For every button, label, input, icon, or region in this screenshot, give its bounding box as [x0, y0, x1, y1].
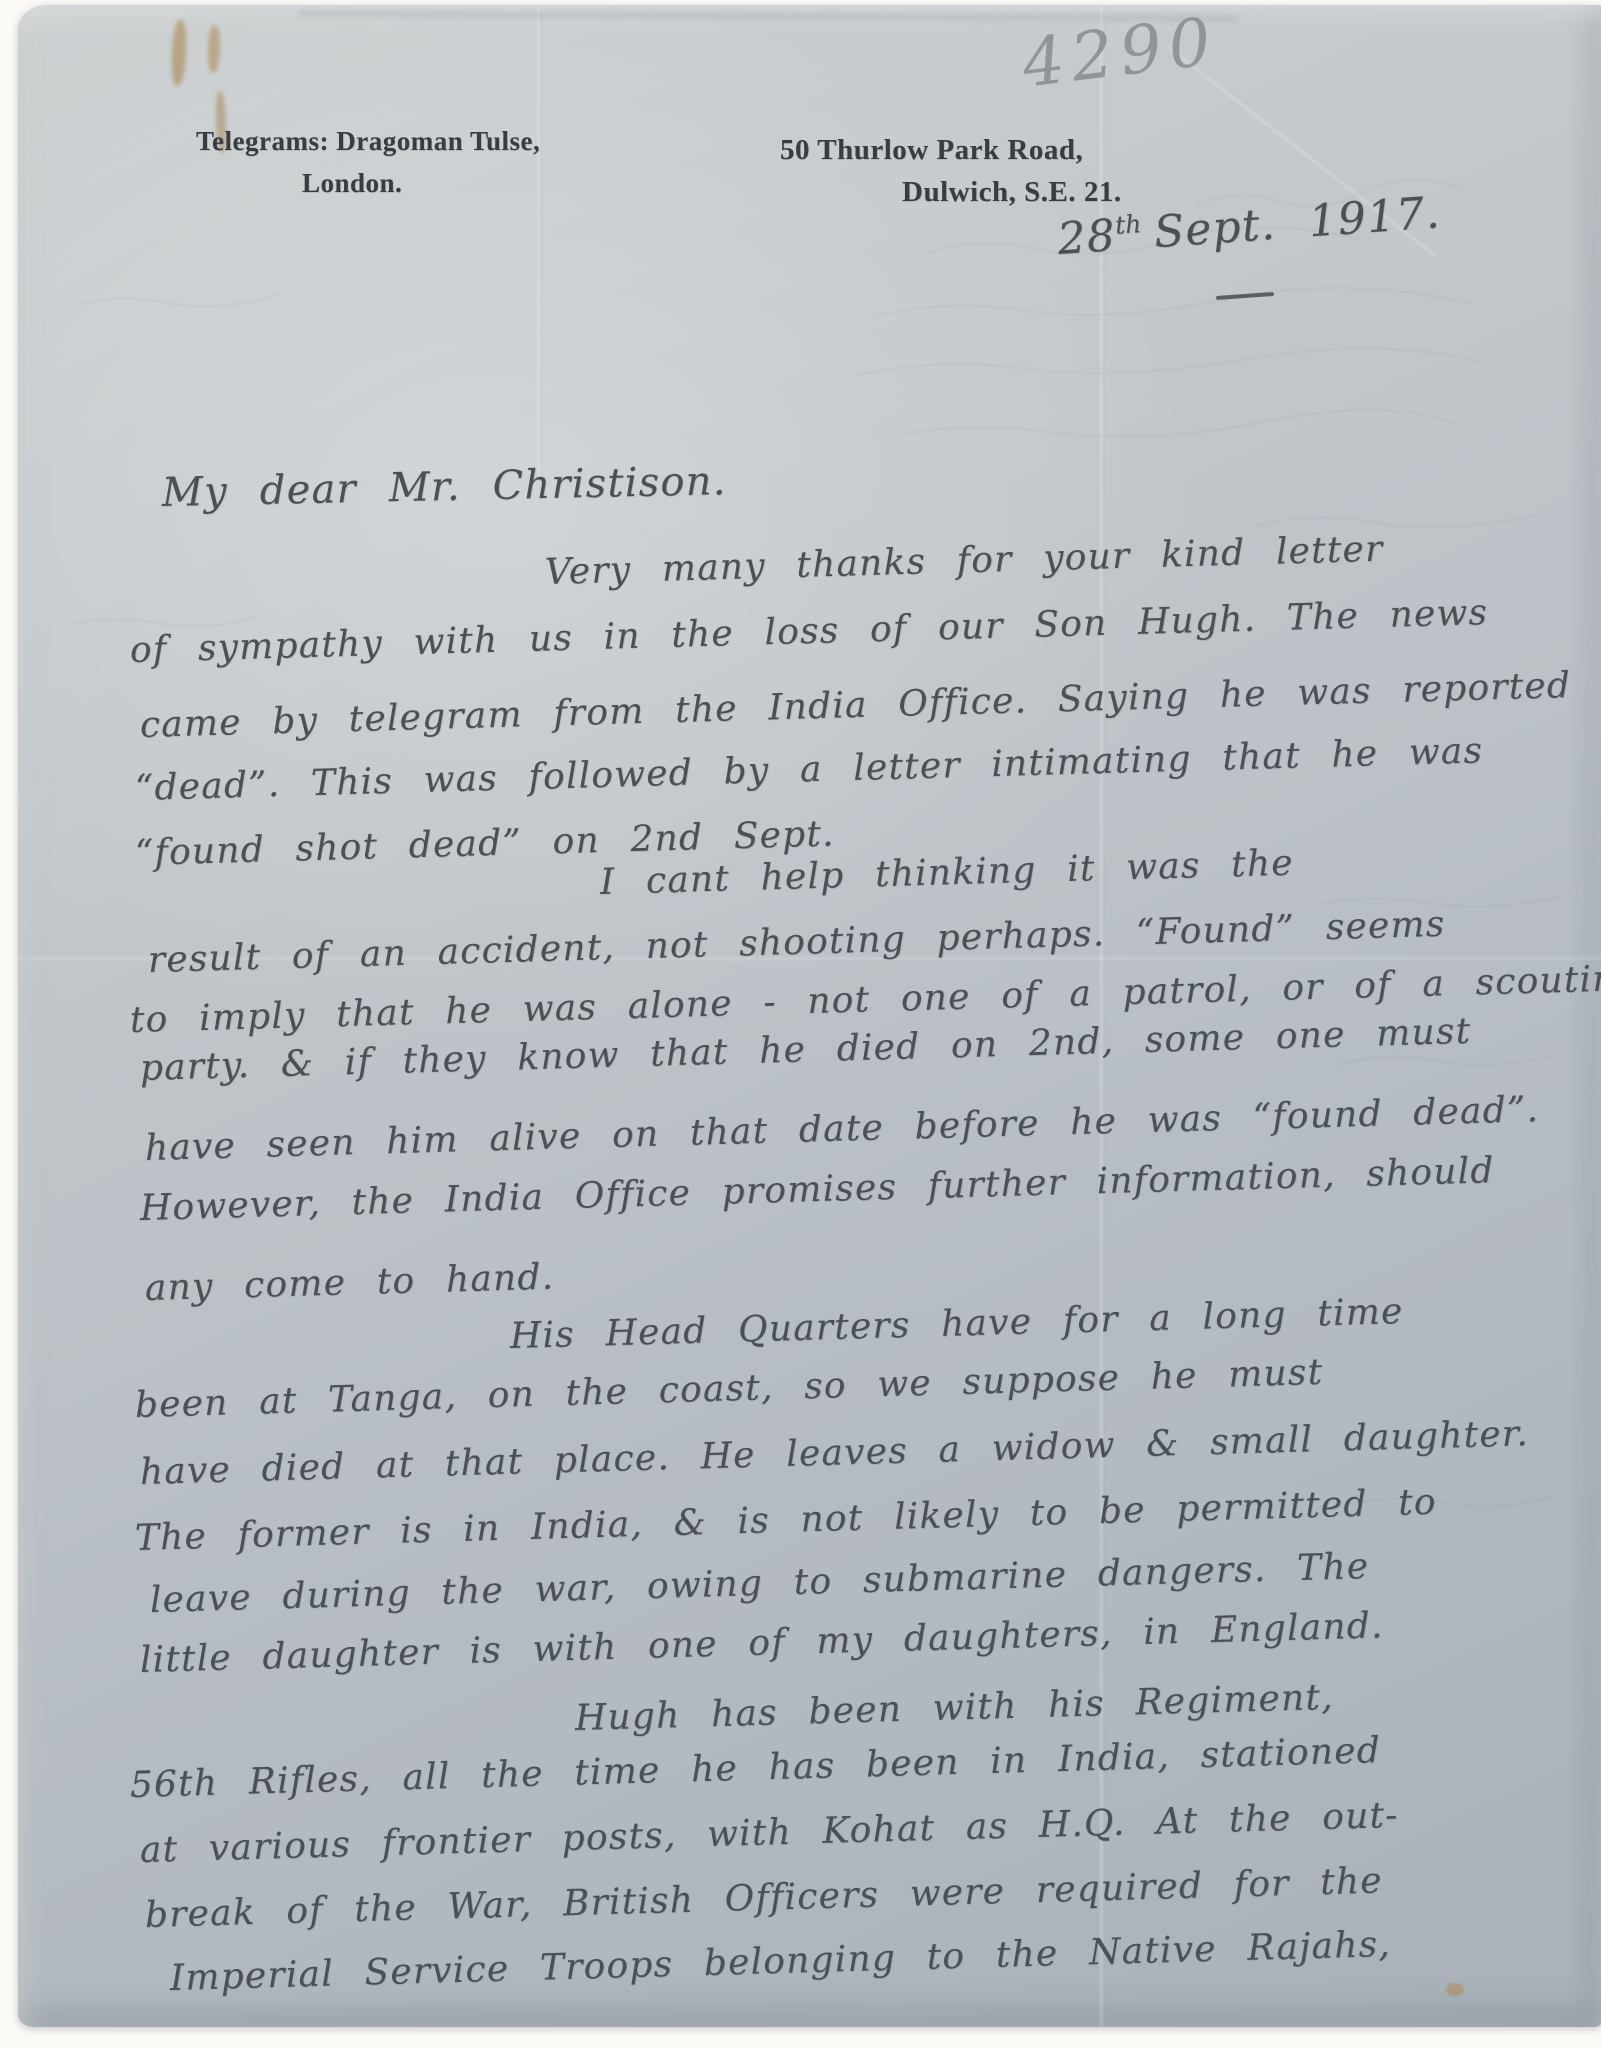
letter-scan: Telegrams: Dragoman Tulse, London. 50 Th…: [0, 0, 1601, 2048]
letterhead-address-line1: 50 Thurlow Park Road,: [780, 134, 1083, 167]
stain-mark: [207, 25, 221, 73]
date-day: 28: [1056, 210, 1118, 265]
date-ordinal: th: [1114, 209, 1142, 240]
paper-crease: [538, 5, 542, 475]
letterhead-city: London.: [302, 168, 402, 199]
letterhead-address-line2: Dulwich, S.E. 21.: [902, 176, 1122, 209]
stain-mark: [170, 20, 187, 87]
letterhead-telegrams: Telegrams: Dragoman Tulse,: [196, 126, 540, 157]
stain-mark: [1446, 1983, 1464, 1996]
